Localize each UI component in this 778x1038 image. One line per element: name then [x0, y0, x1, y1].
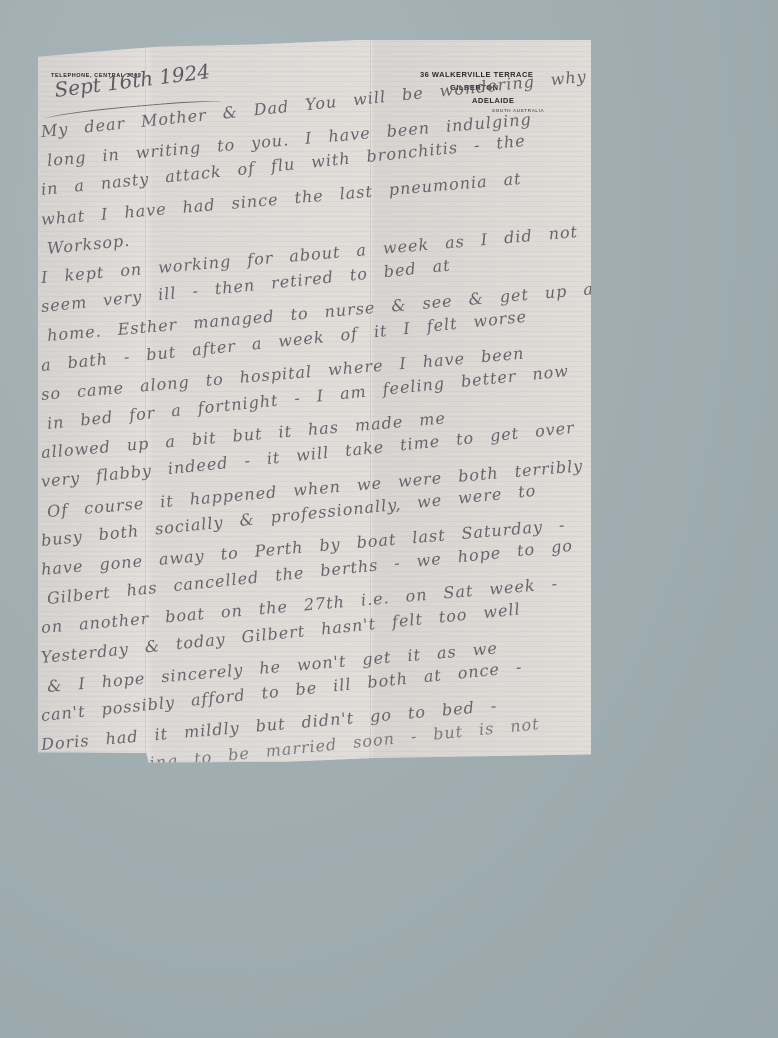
letter-page: TELEPHONE, CENTRAL 3009 36 WALKERVILLE T…	[38, 40, 591, 772]
letter-date: Sept 16th 1924	[53, 59, 211, 102]
address-city: ADELAIDE	[472, 96, 585, 105]
